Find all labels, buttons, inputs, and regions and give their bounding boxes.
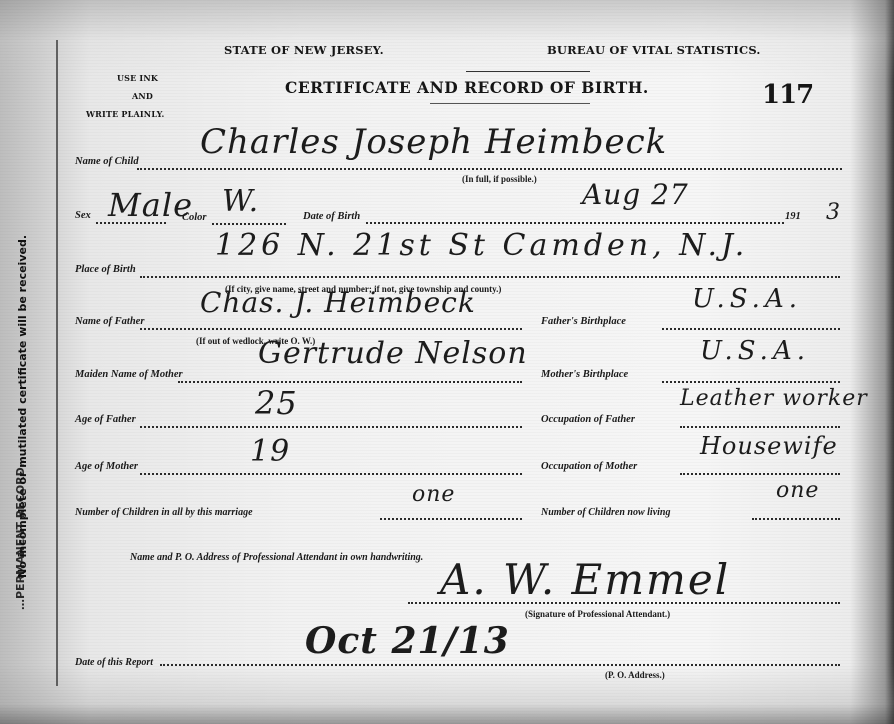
state-heading: STATE OF NEW JERSEY.: [224, 43, 384, 57]
name-of-child-line: [137, 168, 842, 170]
record-number: 117: [762, 80, 813, 110]
children-living-value: one: [776, 478, 819, 503]
maiden-name-of-mother-value: Gertrude Nelson: [258, 336, 528, 371]
age-of-father-value: 25: [255, 384, 298, 422]
attendant-label: Name and P. O. Address of Professional A…: [130, 552, 423, 563]
place-of-birth-line: [140, 276, 840, 278]
instruction-line-3: WRITE PLAINLY.: [86, 109, 165, 119]
fathers-birthplace-value: U.S.A.: [692, 284, 802, 314]
age-of-father-line: [140, 426, 522, 428]
date-of-report-line: [160, 664, 840, 666]
date-of-report-label: Date of this Report: [75, 657, 153, 668]
occupation-of-mother-value: Housewife: [700, 432, 838, 460]
children-by-marriage-value: one: [412, 482, 455, 507]
sex-label: Sex: [75, 210, 91, 221]
mothers-birthplace-line: [662, 381, 840, 383]
signature-note: (Signature of Professional Attendant.): [525, 609, 670, 619]
bureau-heading: BUREAU OF VITAL STATISTICS.: [547, 43, 761, 57]
instruction-line-2: AND: [132, 91, 153, 101]
date-of-birth-label: Date of Birth: [303, 211, 360, 222]
place-of-birth-label: Place of Birth: [75, 264, 136, 275]
children-by-marriage-line: [380, 518, 522, 520]
color-value: W.: [222, 184, 259, 219]
birth-year-suffix: 3: [826, 200, 841, 225]
maiden-name-of-mother-label: Maiden Name of Mother: [75, 369, 183, 380]
mothers-birthplace-label: Mother's Birthplace: [541, 369, 628, 380]
maiden-name-line: [178, 381, 522, 383]
birth-year-prefix: 191: [785, 211, 801, 222]
name-of-child-label: Name of Child: [75, 156, 139, 167]
title-rule-top: [466, 71, 590, 72]
date-of-birth-value: Aug 27: [582, 178, 689, 211]
name-of-father-label: Name of Father: [75, 316, 144, 327]
signature-line: [408, 602, 840, 604]
fathers-birthplace-label: Father's Birthplace: [541, 316, 626, 327]
attendant-signature: A. W. Emmel: [440, 555, 730, 604]
children-by-marriage-label: Number of Children in all by this marria…: [75, 507, 253, 518]
fathers-birthplace-line: [662, 328, 840, 330]
date-of-birth-line: [366, 222, 784, 224]
certificate-title: CERTIFICATE AND RECORD OF BIRTH.: [285, 78, 649, 97]
age-of-mother-label: Age of Mother: [75, 461, 138, 472]
age-of-mother-line: [140, 473, 522, 475]
occupation-of-father-value: Leather worker: [680, 386, 868, 411]
margin-note-inner: No incomplete or mutilated certificate w…: [16, 235, 29, 578]
color-label: Color: [182, 212, 207, 223]
children-living-line: [752, 518, 840, 520]
age-of-mother-value: 19: [250, 434, 290, 469]
birth-certificate: …PERMANENT RECORD… No incomplete or muti…: [0, 0, 894, 724]
title-rule-bottom: [430, 103, 590, 104]
color-line: [212, 223, 286, 225]
po-address-note: (P. O. Address.): [605, 670, 665, 680]
occupation-of-father-line: [680, 426, 840, 428]
occupation-of-mother-line: [680, 473, 840, 475]
occupation-of-father-label: Occupation of Father: [541, 414, 635, 425]
date-of-report-value: Oct 21/13: [305, 620, 510, 662]
name-of-father-value: Chas. J. Heimbeck: [200, 286, 476, 319]
instruction-line-1: USE INK: [117, 73, 158, 83]
margin-rule: [56, 40, 58, 686]
name-of-child-note: (In full, if possible.): [462, 174, 537, 184]
name-of-child-value: Charles Joseph Heimbeck: [200, 122, 667, 162]
place-of-birth-value: 126 N. 21st St Camden, N.J.: [215, 228, 748, 263]
sex-value: Male: [108, 186, 193, 224]
mothers-birthplace-value: U.S.A.: [700, 336, 810, 366]
age-of-father-label: Age of Father: [75, 414, 136, 425]
children-living-label: Number of Children now living: [541, 507, 670, 518]
occupation-of-mother-label: Occupation of Mother: [541, 461, 637, 472]
name-of-father-line: [140, 328, 522, 330]
